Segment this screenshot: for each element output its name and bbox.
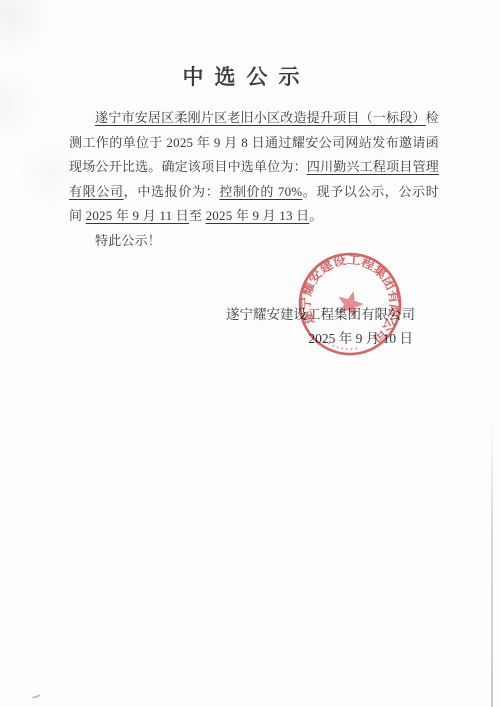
signature-company-name: 遂宁耀安建设工程集团有限公司 xyxy=(0,303,415,327)
publicity-end-date-underlined: 2025 年 9 月 13 日 xyxy=(206,208,310,223)
paragraph-text: 至 xyxy=(189,208,206,223)
signature-date: 2025 年 9 月 10 日 xyxy=(0,327,415,351)
document-page: 中选公示 遂宁市安居区柔刚片区老旧小区改造提升项目（一标段）检测工作的单位于 2… xyxy=(0,0,500,707)
document-body: 遂宁市安居区柔刚片区老旧小区改造提升项目（一标段）检测工作的单位于 2025 年… xyxy=(69,106,439,253)
paragraph-text: 。 xyxy=(309,208,322,223)
publicity-start-date-underlined: 2025 年 9 月 11 日 xyxy=(86,208,189,223)
scan-mark-artifact xyxy=(30,690,41,699)
announcement-paragraph: 遂宁市安居区柔刚片区老旧小区改造提升项目（一标段）检测工作的单位于 2025 年… xyxy=(69,106,439,229)
signature-block: 遂宁耀安建设工程集团有限公司 2025 年 9 月 10 日 xyxy=(0,303,415,351)
bid-price-underlined: 控制价的 70% xyxy=(219,184,302,199)
scan-edge-shadow xyxy=(491,420,493,707)
paragraph-text: ，中选报价为： xyxy=(124,184,220,199)
closing-line: 特此公示！ xyxy=(69,229,439,254)
project-name-underlined: 遂宁市安居区柔刚片区老旧小区改造提升项目（一标段） xyxy=(95,110,426,125)
document-title: 中选公示 xyxy=(0,61,482,91)
